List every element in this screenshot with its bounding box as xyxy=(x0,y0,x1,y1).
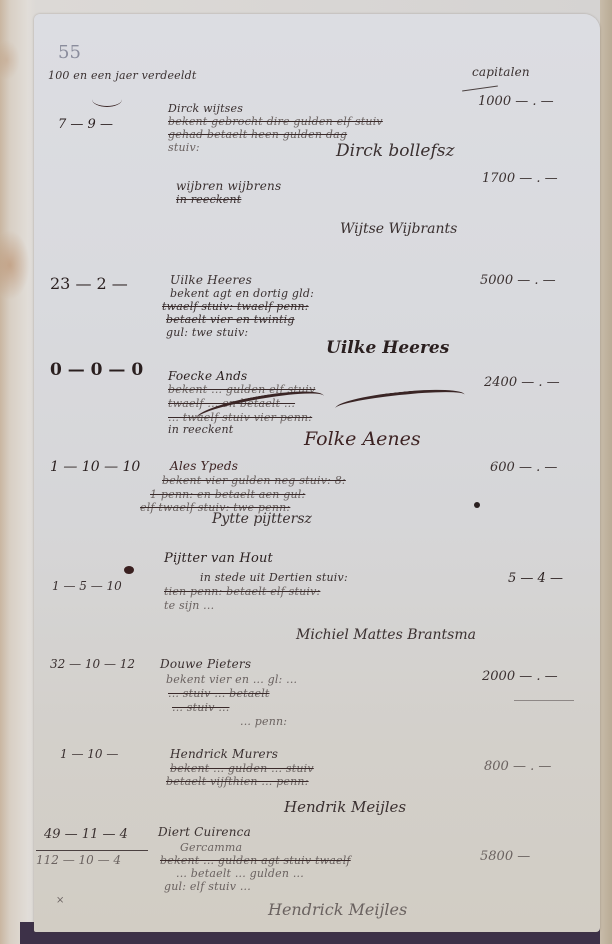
entry-amount: 1700 — . — xyxy=(482,172,558,185)
entry-line: bekent ... gulden ... stuiv xyxy=(170,763,314,774)
ink-blot xyxy=(124,566,134,574)
entry-name: Foecke Ands xyxy=(168,370,247,382)
entry-line: te sijn ... xyxy=(164,600,214,611)
entry-line: in reeckent xyxy=(176,194,241,205)
margin-value: 1 — 10 — xyxy=(60,748,118,760)
margin-mark: × xyxy=(56,896,64,906)
entry-line: bekent gebrocht dire gulden elf stuiv xyxy=(168,116,383,127)
entry-amount: 1000 — . — xyxy=(478,95,554,108)
entry-signature: Folke Aenes xyxy=(304,430,421,449)
faint-rule xyxy=(514,700,574,701)
margin-value: 32 — 10 — 12 xyxy=(50,658,135,670)
entry-amount: 2400 — . — xyxy=(484,376,560,389)
margin-value-bottom: 112 — 10 — 4 xyxy=(36,854,121,866)
margin-value: 23 — 2 — xyxy=(50,276,128,292)
entry-line: betaelt vier en twintig xyxy=(166,314,295,325)
entry-line: betaelt vijfthien ... penn: xyxy=(166,776,309,787)
entry-line: bekent vier en ... gl: ... xyxy=(166,674,297,685)
entry-line: in reeckent xyxy=(168,424,233,435)
entry-name: Hendrick Murers xyxy=(170,748,278,760)
margin-value: 1 — 10 — 10 xyxy=(50,460,140,474)
page-number: 55 xyxy=(58,44,81,62)
flourish xyxy=(92,92,122,107)
entry-name: Pijtter van Hout xyxy=(164,552,273,565)
entry-line: 1 penn: en betaelt aen gul: xyxy=(150,489,305,500)
entry-line: twaelf stuiv: twaelf penn: xyxy=(162,301,309,312)
entry-amount: 800 — . — xyxy=(484,760,551,773)
entry-signature: Dirck bollefsz xyxy=(336,143,454,160)
entry-signature: Hendrick Meijles xyxy=(268,902,407,918)
entry-line: ... penn: xyxy=(240,716,287,727)
entry-signature: Uilke Heeres xyxy=(326,340,449,357)
entry-name: Ales Ypeds xyxy=(170,460,238,472)
page-edge xyxy=(600,0,612,944)
entry-signature: Pytte pijttersz xyxy=(212,512,312,526)
entry-amount: 5000 — . — xyxy=(480,274,556,287)
entry-line: bekent vier gulden neg stuiv: 8: xyxy=(162,475,346,486)
header-right: capitalen xyxy=(472,66,530,78)
entry-line: ... stuiv ... xyxy=(172,702,229,713)
sum-rule xyxy=(36,850,148,851)
entry-line: Gercamma xyxy=(180,842,242,853)
entry-line: bekent agt en dortig gld: xyxy=(170,288,314,299)
entry-name: Dirck wijtses xyxy=(168,103,243,114)
entry-name: Diert Cuirenca xyxy=(158,826,251,838)
entry-amount: 600 — . — xyxy=(490,461,557,474)
margin-value: 0 — 0 — 0 xyxy=(50,362,143,379)
entry-name: Uilke Heeres xyxy=(170,274,252,286)
ink-blot xyxy=(474,502,480,508)
entry-line: ... stuiv ... betaelt xyxy=(168,688,270,699)
entry-signature: Hendrik Meijles xyxy=(284,800,406,815)
entry-name: wijbren wijbrens xyxy=(176,180,281,192)
margin-value: 7 — 9 — xyxy=(58,118,113,131)
entry-signature: Wijtse Wijbrants xyxy=(340,222,457,236)
entry-line: gul: twe stuiv: xyxy=(166,327,248,338)
entry-line: bekent ... gulden agt stuiv twaelf xyxy=(160,855,351,866)
entry-name: Douwe Pieters xyxy=(160,658,251,670)
margin-value-top: 49 — 11 — 4 xyxy=(44,828,128,841)
header-left: 100 en een jaer verdeeldt xyxy=(48,70,196,81)
entry-line: tien penn: betaelt elf stuiv: xyxy=(164,586,320,597)
margin-value: 1 — 5 — 10 xyxy=(52,580,122,592)
entry-amount: 5800 — xyxy=(480,850,530,863)
entry-line: in stede uit Dertien stuiv: xyxy=(200,572,348,583)
entry-line: ... betaelt ... gulden ... xyxy=(176,868,304,879)
entry-amount: 2000 — . — xyxy=(482,670,558,683)
entry-amount: 5 — 4 — xyxy=(508,572,563,585)
entry-line: gul: elf stuiv ... xyxy=(164,881,251,892)
entry-line: gehad betaelt heen gulden dag xyxy=(168,129,347,140)
entry-line: stuiv: xyxy=(168,142,200,153)
entry-signature: Michiel Mattes Brantsma xyxy=(296,628,476,642)
